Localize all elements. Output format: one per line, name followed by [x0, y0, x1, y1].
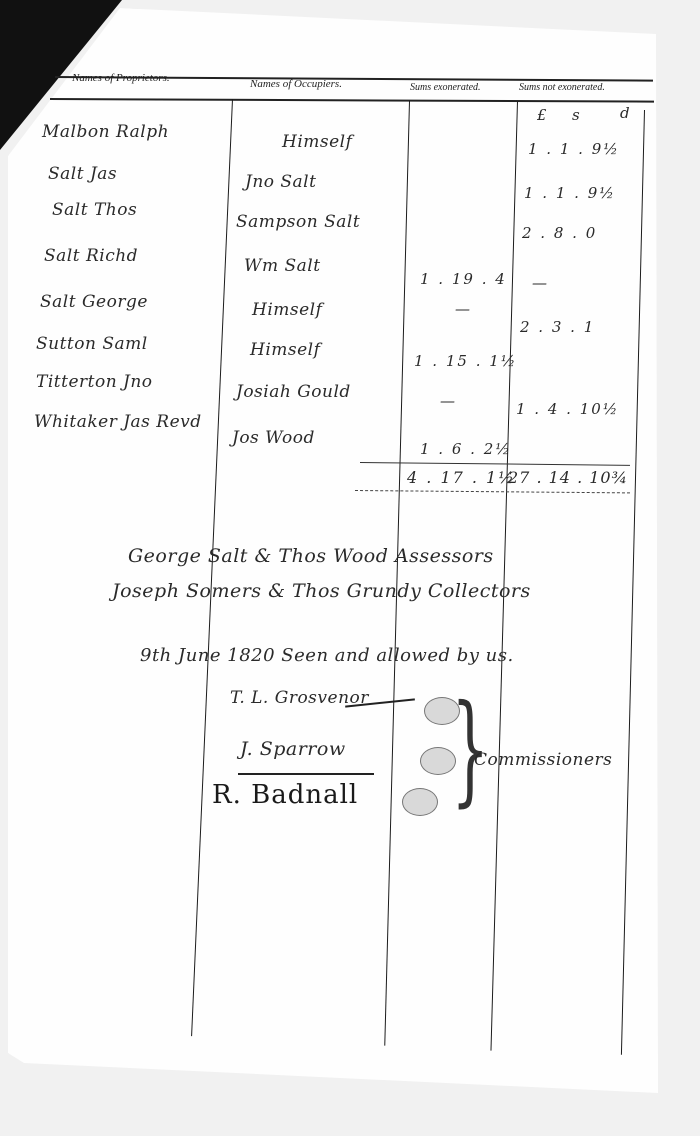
pence-symbol: d [620, 104, 632, 122]
proprietor-name: Salt George [40, 292, 148, 312]
wax-seal-3 [402, 788, 438, 816]
not-exonerated-amount: 1 . 4 . 10½ [516, 400, 619, 418]
proprietor-name: Salt Richd [44, 246, 138, 266]
not-exonerated-amount: — [532, 274, 549, 292]
exonerated-amount: 1 . 19 . 4 [420, 270, 507, 288]
exonerated-amount: 1 . 6 . 2½ [420, 440, 512, 458]
column-header-not-exonerated: Sums not exonerated. [519, 82, 605, 93]
occupier-name: Josiah Gould [236, 382, 351, 402]
occupier-name: Himself [282, 132, 352, 152]
total-exonerated: 4 . 17 . 1½ [407, 468, 516, 487]
occupier-name: Wm Salt [244, 256, 321, 276]
occupier-name: Himself [252, 300, 322, 320]
pounds-symbol: £ [537, 106, 549, 124]
signature-sparrow: J. Sparrow [240, 738, 346, 760]
assessors-line: George Salt & Thos Wood Assessors [128, 545, 494, 567]
collectors-line: Joseph Somers & Thos Grundy Collectors [112, 580, 531, 602]
exonerated-amount: — [440, 392, 457, 410]
not-exonerated-amount: 1 . 1 . 9½ [524, 184, 616, 202]
total-not-exonerated: 27 . 14 . 10¾ [508, 468, 628, 487]
occupier-name: Sampson Salt [236, 212, 360, 232]
not-exonerated-amount: 1 . 1 . 9½ [528, 140, 620, 158]
allowance-date-line: 9th June 1820 Seen and allowed by us. [140, 645, 514, 666]
proprietor-name: Sutton Saml [36, 334, 148, 354]
exonerated-amount: — [455, 300, 472, 318]
proprietor-name: Malbon Ralph [42, 122, 169, 142]
signature-underline [238, 773, 374, 775]
proprietor-name: Salt Thos [52, 200, 137, 220]
exonerated-amount: 1 . 15 . 1½ [414, 352, 517, 370]
not-exonerated-amount: 2 . 3 . 1 [520, 318, 595, 336]
occupier-name: Jos Wood [232, 428, 315, 448]
not-exonerated-amount: 2 . 8 . 0 [522, 224, 597, 242]
signature-badnall: R. Badnall [212, 780, 358, 810]
occupier-name: Himself [250, 340, 320, 360]
proprietor-name: Titterton Jno [36, 372, 153, 392]
proprietor-name: Salt Jas [48, 164, 117, 184]
column-header-occupiers: Names of Occupiers. [250, 78, 342, 90]
shillings-symbol: s [572, 106, 582, 124]
column-header-exonerated: Sums exonerated. [410, 82, 481, 93]
occupier-name: Jno Salt [245, 172, 316, 192]
commissioners-label: Commissioners [474, 750, 612, 770]
column-header-proprietors: Names of Proprietors. [72, 72, 170, 84]
proprietor-name: Whitaker Jas Revd [34, 412, 202, 432]
